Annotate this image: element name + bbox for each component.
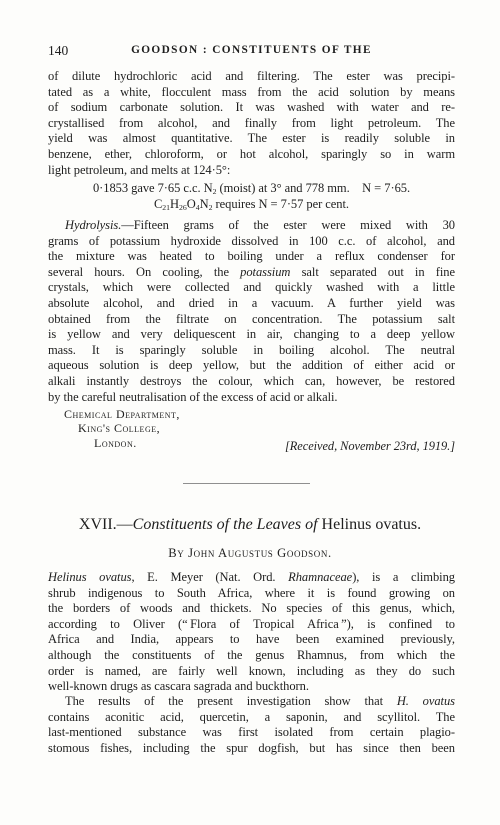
hydrolysis-paragraph-line: mass. It is sparingly soluble in boiling… <box>48 343 455 359</box>
intro-paragraph: Helinus ovatus, E. Meyer (Nat. Ord. Rham… <box>48 570 455 695</box>
hydrolysis-paragraph-line: crystals, which were collected and quick… <box>48 280 455 296</box>
hydrolysis-paragraph-line: several hours. On cooling, the potassium… <box>48 265 455 281</box>
results-paragraph-line: The results of the present investigation… <box>48 694 455 710</box>
ester-paragraph-line: crystallised from alcohol, and finally f… <box>48 116 455 132</box>
section-divider-rule <box>183 483 310 484</box>
ester-paragraph-line: tated as a white, flocculent mass from t… <box>48 85 455 101</box>
address-department: Chemical Department, <box>64 407 455 421</box>
results-paragraph: The results of the present investigation… <box>48 694 455 756</box>
hydrolysis-paragraph-line: grams of potassium hydroxide dissolved i… <box>48 234 455 250</box>
hydrolysis-paragraph-line: by the careful neutralisation of the exc… <box>48 390 455 406</box>
analysis-line: C21H26O4N2 requires N = 7·57 per cent. <box>48 197 455 213</box>
ester-paragraph-line: benzene, ether, chloroform, or hot alcoh… <box>48 147 455 163</box>
ester-paragraph-line: light petroleum, and melts at 124·5°: <box>48 163 455 179</box>
hydrolysis-paragraph-line: alkali instantly destroys the colour, wh… <box>48 374 455 390</box>
received-date-note: [Received, November 23rd, 1919.] <box>285 439 455 453</box>
hydrolysis-paragraph-line: absolute alcohol, and dried in a vacuum.… <box>48 296 455 312</box>
intro-paragraph-line: shrub indigenous to South Africa, where … <box>48 586 455 602</box>
intro-paragraph-line: Africa and India, appears to have been e… <box>48 632 455 648</box>
results-paragraph-line: contains aconitic acid, quercetin, a sap… <box>48 710 455 726</box>
article-title: XVII.—Constituents of the Leaves of Heli… <box>0 516 500 534</box>
results-paragraph-line: last-mentioned substance was first isola… <box>48 725 455 741</box>
analysis-line: 0·1853 gave 7·65 c.c. N2 (moist) at 3° a… <box>48 181 455 197</box>
hydrolysis-paragraph-line: Hydrolysis.—Fifteen grams of the ester w… <box>48 218 455 234</box>
hydrolysis-paragraph-line: aqueous solution is deep yellow, but the… <box>48 358 455 374</box>
article-byline: By John Augustus Goodson. <box>0 546 500 561</box>
nitrogen-analysis-lines: 0·1853 gave 7·65 c.c. N2 (moist) at 3° a… <box>48 181 455 212</box>
ester-paragraph: of dilute hydrochloric acid and filterin… <box>48 69 455 178</box>
hydrolysis-paragraph-line: the mixture was heated to boiling under … <box>48 249 455 265</box>
intro-paragraph-line: Helinus ovatus, E. Meyer (Nat. Ord. Rham… <box>48 570 455 586</box>
ester-paragraph-line: yield was almost quantitative. The ester… <box>48 131 455 147</box>
intro-paragraph-line: according to Oliver (“ Flora of Tropical… <box>48 617 455 633</box>
results-paragraph-line: stomous fishes, including the spur dogfi… <box>48 741 455 757</box>
address-block: Chemical Department, King's College, Lon… <box>48 407 455 453</box>
address-college: King's College, <box>78 421 455 435</box>
intro-paragraph-line: well-known drugs as cascara sagrada and … <box>48 679 455 695</box>
hydrolysis-paragraph: Hydrolysis.—Fifteen grams of the ester w… <box>48 218 455 405</box>
hydrolysis-paragraph-line: is yellow and very deliquescent in air, … <box>48 327 455 343</box>
ester-paragraph-line: of dilute hydrochloric acid and filterin… <box>48 69 455 85</box>
intro-paragraph-line: order is named, are fairly well known, i… <box>48 664 455 680</box>
intro-paragraph-line: although the constituents of the genus R… <box>48 648 455 664</box>
ester-paragraph-line: of sodium carbonate solution. It was was… <box>48 100 455 116</box>
page-header: 140 GOODSON : CONSTITUENTS OF THE <box>48 43 455 59</box>
journal-page: 140 GOODSON : CONSTITUENTS OF THE of dil… <box>0 0 500 825</box>
hydrolysis-paragraph-line: obtained from the filtrate on concentrat… <box>48 312 455 328</box>
intro-paragraph-line: the borders of woods and thickets. No sp… <box>48 601 455 617</box>
running-title: GOODSON : CONSTITUENTS OF THE <box>48 44 455 56</box>
